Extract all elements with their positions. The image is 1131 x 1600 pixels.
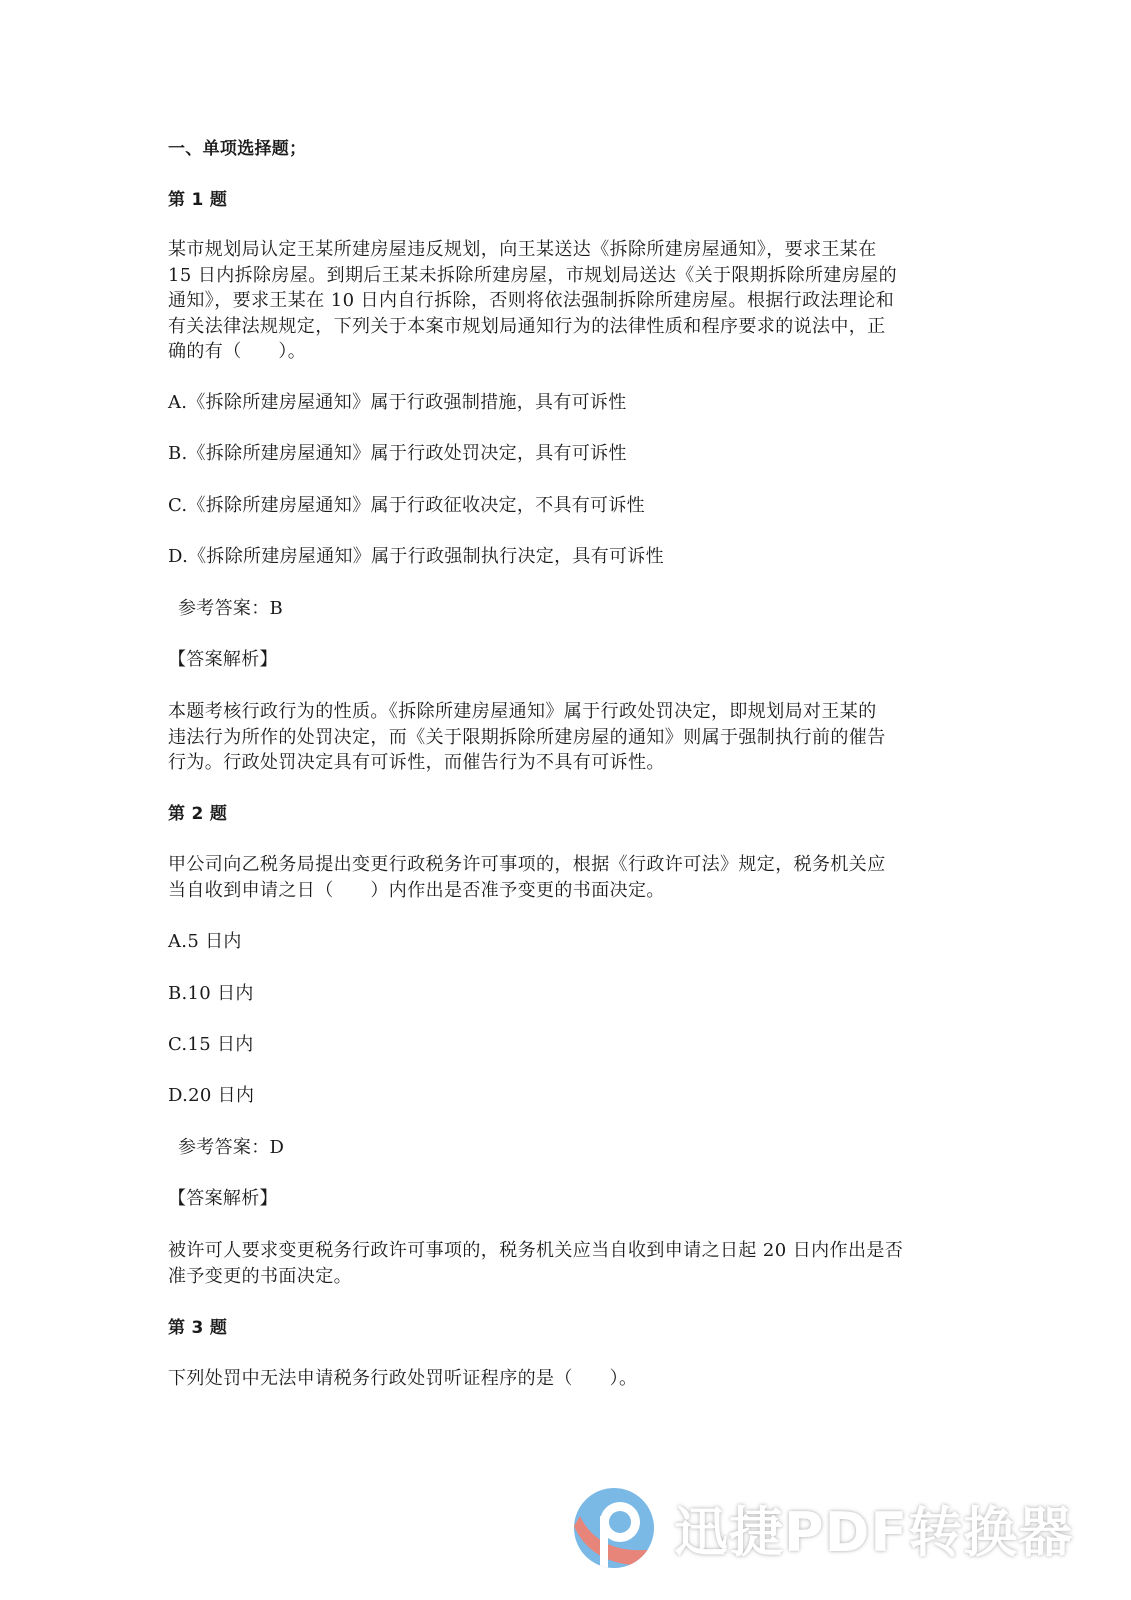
- question-1-answer: 参考答案：B: [178, 596, 283, 622]
- question-2-heading: 第 2 题: [168, 801, 227, 827]
- question-1-option-d: D.《拆除所建房屋通知》属于行政强制执行决定，具有可诉性: [168, 544, 664, 570]
- watermark-text: 迅捷PDF转换器: [674, 1490, 1073, 1567]
- stem-line: 通知》，要求王某在 10 日内自行拆除，否则将依法强制拆除所建房屋。根据行政法理…: [168, 288, 948, 314]
- question-1-option-a: A.《拆除所建房屋通知》属于行政强制措施，具有可诉性: [168, 390, 627, 416]
- watermark: 迅捷PDF转换器: [572, 1484, 1073, 1572]
- question-3-heading: 第 3 题: [168, 1315, 227, 1341]
- analysis-line: 违法行为所作的处罚决定，而《关于限期拆除所建房屋的通知》则属于强制执行前的催告: [168, 725, 948, 751]
- question-1-option-b: B.《拆除所建房屋通知》属于行政处罚决定，具有可诉性: [168, 441, 627, 467]
- stem-line: 某市规划局认定王某所建房屋违反规划，向王某送达《拆除所建房屋通知》，要求王某在: [168, 237, 948, 263]
- stem-line: 甲公司向乙税务局提出变更行政税务许可事项的，根据《行政许可法》规定，税务机关应: [168, 852, 948, 878]
- analysis-line: 准予变更的书面决定。: [168, 1264, 948, 1290]
- question-2-stem: 甲公司向乙税务局提出变更行政税务许可事项的，根据《行政许可法》规定，税务机关应 …: [168, 852, 948, 903]
- analysis-line: 被许可人要求变更税务行政许可事项的，税务机关应当自收到申请之日起 20 日内作出…: [168, 1238, 948, 1264]
- analysis-line: 行为。行政处罚决定具有可诉性，而催告行为不具有可诉性。: [168, 750, 948, 776]
- stem-line: 有关法律法规规定，下列关于本案市规划局通知行为的法律性质和程序要求的说法中，正: [168, 314, 948, 340]
- stem-line: 确的有（ ）。: [168, 339, 948, 365]
- question-2-analysis: 被许可人要求变更税务行政许可事项的，税务机关应当自收到申请之日起 20 日内作出…: [168, 1238, 948, 1289]
- analysis-line: 本题考核行政行为的性质。《拆除所建房屋通知》属于行政处罚决定，即规划局对王某的: [168, 699, 948, 725]
- question-1-heading: 第 1 题: [168, 187, 227, 213]
- question-1-analysis: 本题考核行政行为的性质。《拆除所建房屋通知》属于行政处罚决定，即规划局对王某的 …: [168, 699, 948, 776]
- xunjie-pdf-logo-icon: [572, 1486, 656, 1570]
- stem-line: 15 日内拆除房屋。到期后王某未拆除所建房屋，市规划局送达《关于限期拆除所建房屋…: [168, 263, 948, 289]
- question-2-analysis-label: 【答案解析】: [168, 1186, 278, 1212]
- stem-line: 当自收到申请之日（ ）内作出是否准予变更的书面决定。: [168, 878, 948, 904]
- question-3-stem: 下列处罚中无法申请税务行政处罚听证程序的是（ ）。: [168, 1366, 948, 1392]
- section-title: 一、单项选择题；: [168, 136, 306, 162]
- question-1-analysis-label: 【答案解析】: [168, 647, 278, 673]
- stem-line: 下列处罚中无法申请税务行政处罚听证程序的是（ ）。: [168, 1366, 948, 1392]
- question-2-option-c: C.15 日内: [168, 1032, 254, 1058]
- question-2-option-b: B.10 日内: [168, 981, 254, 1007]
- question-1-stem: 某市规划局认定王某所建房屋违反规划，向王某送达《拆除所建房屋通知》，要求王某在 …: [168, 237, 948, 365]
- question-1-option-c: C.《拆除所建房屋通知》属于行政征收决定，不具有可诉性: [168, 493, 645, 519]
- question-2-option-a: A.5 日内: [168, 929, 242, 955]
- question-2-answer: 参考答案：D: [178, 1135, 284, 1161]
- question-2-option-d: D.20 日内: [168, 1083, 254, 1109]
